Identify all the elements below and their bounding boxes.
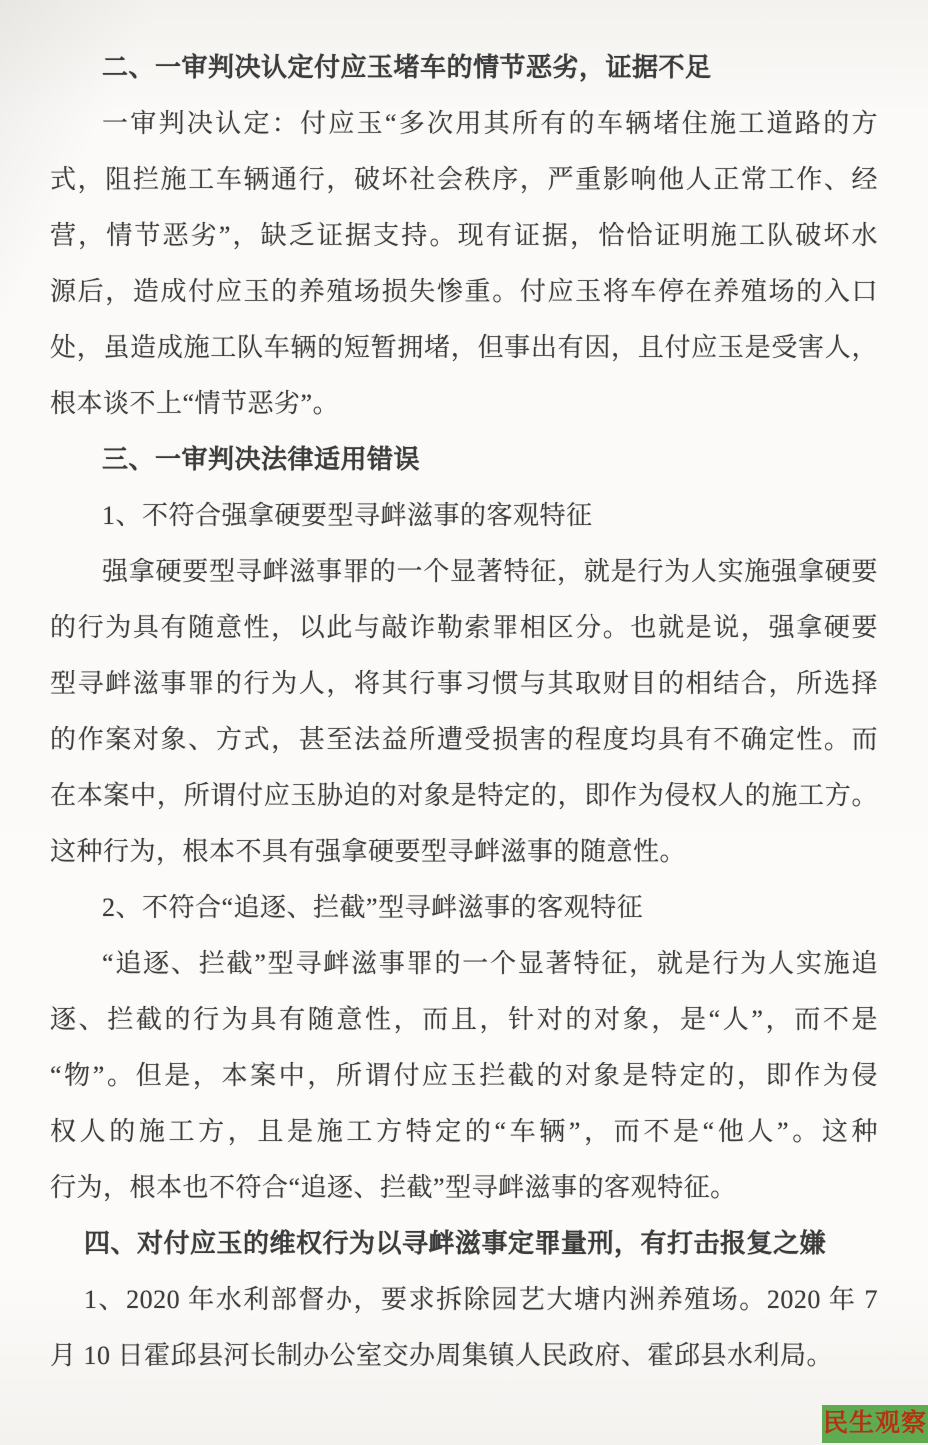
section-3-item-2-heading: 2、不符合“追逐、拦截”型寻衅滋事的客观特征 xyxy=(50,880,878,936)
section-2-paragraph-line: 营，情节恶劣”，缺乏证据支持。现有证据，恰恰证明施工队破坏水 xyxy=(50,208,878,264)
watermark-badge: 民生观察 xyxy=(822,1405,928,1443)
section-3-item-1-paragraph-line: 的作案对象、方式，甚至法益所遭受损害的程度均具有不确定性。而 xyxy=(50,712,878,768)
section-2-paragraph-line: 一审判决认定：付应玉“多次用其所有的车辆堵住施工道路的方 xyxy=(50,96,878,152)
section-4-paragraph-line: 1、2020 年水利部督办，要求拆除园艺大塘内洲养殖场。2020 年 7 xyxy=(50,1272,878,1328)
section-2-heading: 二、一审判决认定付应玉堵车的情节恶劣，证据不足 xyxy=(50,40,878,96)
section-2-paragraph-line: 处，虽造成施工队车辆的短暂拥堵，但事出有因，且付应玉是受害人， xyxy=(50,320,878,376)
section-3-item-2-paragraph-line: 逐、拦截的行为具有随意性，而且，针对的对象，是“人”，而不是 xyxy=(50,992,878,1048)
section-2-paragraph-line: 根本谈不上“情节恶劣”。 xyxy=(50,376,878,432)
section-3-item-1-heading: 1、不符合强拿硬要型寻衅滋事的客观特征 xyxy=(50,488,878,544)
section-4-paragraph-line: 月 10 日霍邱县河长制办公室交办周集镇人民政府、霍邱县水利局。 xyxy=(50,1328,878,1384)
section-3-item-1-paragraph-line: 型寻衅滋事罪的行为人，将其行事习惯与其取财目的相结合，所选择 xyxy=(50,656,878,712)
scanned-document-page: 二、一审判决认定付应玉堵车的情节恶劣，证据不足 一审判决认定：付应玉“多次用其所… xyxy=(0,0,928,1445)
section-4-heading: 四、对付应玉的维权行为以寻衅滋事定罪量刑，有打击报复之嫌 xyxy=(50,1216,878,1272)
section-3-item-2-paragraph-line: “追逐、拦截”型寻衅滋事罪的一个显著特征，就是行为人实施追 xyxy=(50,936,878,992)
section-2-paragraph-line: 源后，造成付应玉的养殖场损失惨重。付应玉将车停在养殖场的入口 xyxy=(50,264,878,320)
section-3-item-1-paragraph-line: 强拿硬要型寻衅滋事罪的一个显著特征，就是行为人实施强拿硬要 xyxy=(50,544,878,600)
section-3-item-2-paragraph-line: 权人的施工方，且是施工方特定的“车辆”，而不是“他人”。这种 xyxy=(50,1104,878,1160)
section-3-item-2-paragraph-line: 行为，根本也不符合“追逐、拦截”型寻衅滋事的客观特征。 xyxy=(50,1160,878,1216)
section-3-heading: 三、一审判决法律适用错误 xyxy=(50,432,878,488)
section-2-paragraph-line: 式，阻拦施工车辆通行，破坏社会秩序，严重影响他人正常工作、经 xyxy=(50,152,878,208)
section-3-item-1-paragraph-line: 这种行为，根本不具有强拿硬要型寻衅滋事的随意性。 xyxy=(50,824,878,880)
section-3-item-2-paragraph-line: “物”。但是，本案中，所谓付应玉拦截的对象是特定的，即作为侵 xyxy=(50,1048,878,1104)
section-3-item-1-paragraph-line: 在本案中，所谓付应玉胁迫的对象是特定的，即作为侵权人的施工方。 xyxy=(50,768,878,824)
section-3-item-1-paragraph-line: 的行为具有随意性，以此与敲诈勒索罪相区分。也就是说，强拿硬要 xyxy=(50,600,878,656)
